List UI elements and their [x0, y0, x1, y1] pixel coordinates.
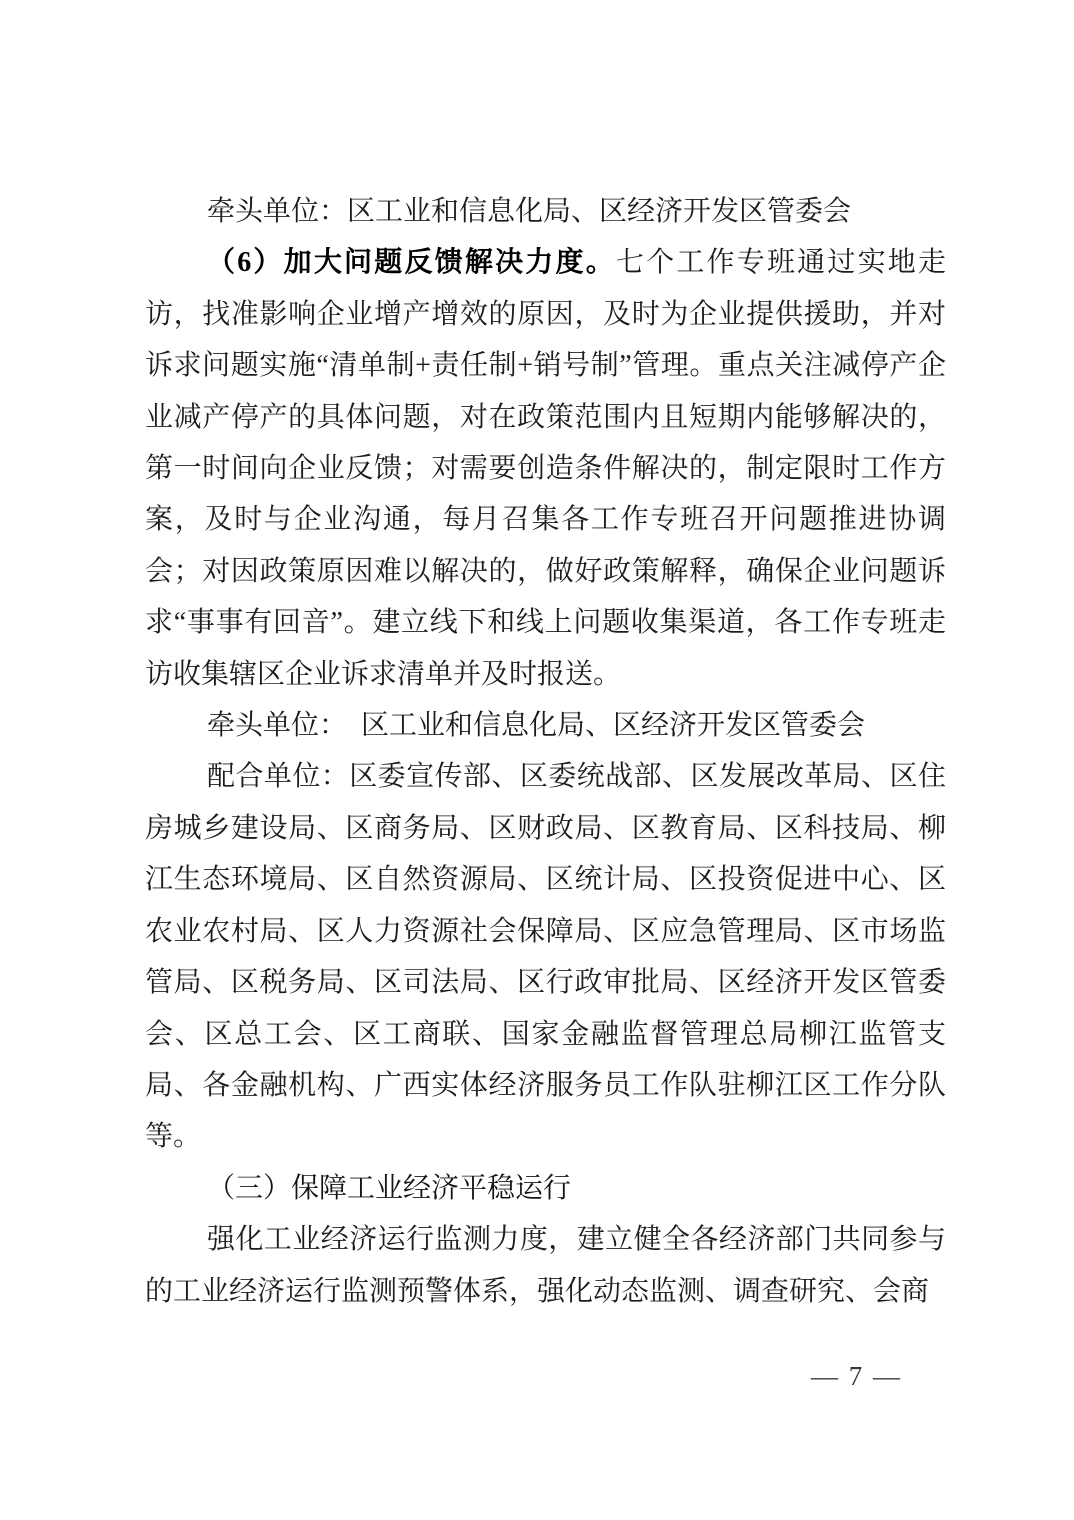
section-heading-3: （三）保障工业经济平稳运行 — [145, 1163, 946, 1214]
item-6-bold-heading: （6）加大问题反馈解决力度。 — [207, 247, 616, 278]
document-page: 牵头单位：区工业和信息化局、区经济开发区管委会 （6）加大问题反馈解决力度。七个… — [0, 0, 1074, 1520]
section-heading-text: （三）保障工业经济平稳运行 — [207, 1173, 571, 1204]
paragraph-item-6: （6）加大问题反馈解决力度。七个工作专班通过实地走访，找准影响企业增产增效的原因… — [145, 237, 946, 700]
document-body: 牵头单位：区工业和信息化局、区经济开发区管委会 （6）加大问题反馈解决力度。七个… — [145, 186, 946, 1317]
paragraph-monitoring: 强化工业经济运行监测力度，建立健全各经济部门共同参与的工业经济运行监测预警体系，… — [145, 1214, 946, 1317]
paragraph-text: 牵头单位： 区工业和信息化局、区经济开发区管委会 — [207, 710, 865, 741]
paragraph-text: 强化工业经济运行监测力度，建立健全各经济部门共同参与的工业经济运行监测预警体系，… — [145, 1224, 946, 1306]
page-number: — 7 — — [811, 1361, 902, 1392]
paragraph-lead-unit-2: 牵头单位： 区工业和信息化局、区经济开发区管委会 — [145, 700, 946, 751]
paragraph-support-units: 配合单位：区委宣传部、区委统战部、区发展改革局、区住房城乡建设局、区商务局、区财… — [145, 751, 946, 1162]
paragraph-lead-unit-1: 牵头单位：区工业和信息化局、区经济开发区管委会 — [145, 186, 946, 237]
paragraph-text: 七个工作专班通过实地走访，找准影响企业增产增效的原因，及时为企业提供援助，并对诉… — [145, 247, 946, 689]
paragraph-text: 配合单位：区委宣传部、区委统战部、区发展改革局、区住房城乡建设局、区商务局、区财… — [145, 761, 946, 1152]
paragraph-text: 牵头单位：区工业和信息化局、区经济开发区管委会 — [207, 196, 851, 227]
